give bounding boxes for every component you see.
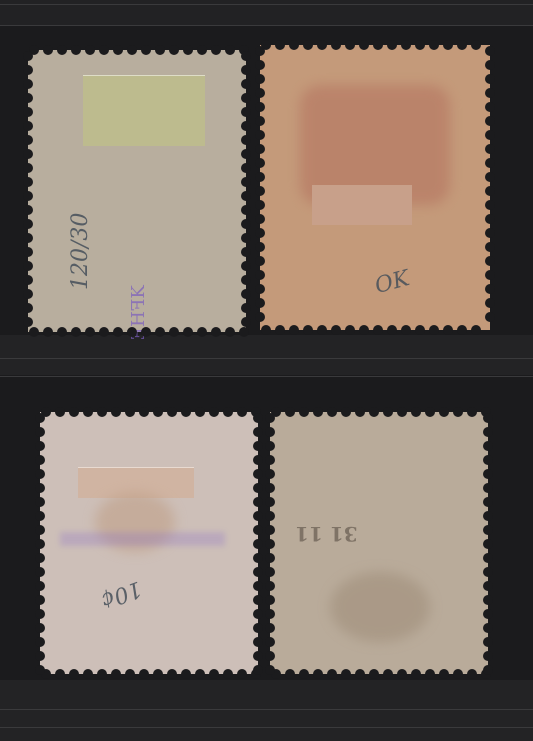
stamp-hinge [83, 75, 205, 146]
strip-edge [0, 358, 533, 359]
stamp-bottom-left: 10¢ [40, 412, 258, 674]
pencil-note: 120/30 [68, 213, 93, 290]
stamp-top-right: OK [260, 45, 490, 330]
gum-stain [330, 572, 430, 642]
stock-page-middle-strip [0, 335, 533, 375]
stock-page-bottom-strip [0, 680, 533, 741]
violet-handstamp: ƎHꟻK [128, 285, 149, 340]
ghost-print: 31 11 [295, 522, 358, 546]
strip-edge [0, 727, 533, 728]
strip-edge [0, 709, 533, 710]
strip-edge [0, 4, 533, 5]
stamp-top-left: 120/30 ƎHꟻK [28, 50, 246, 332]
stamp-hinge [312, 185, 412, 225]
stamp-bottom-right: 31 11 [270, 412, 488, 674]
violet-smudge [60, 532, 225, 546]
strip-edge [0, 376, 533, 377]
strip-edge [0, 25, 533, 26]
